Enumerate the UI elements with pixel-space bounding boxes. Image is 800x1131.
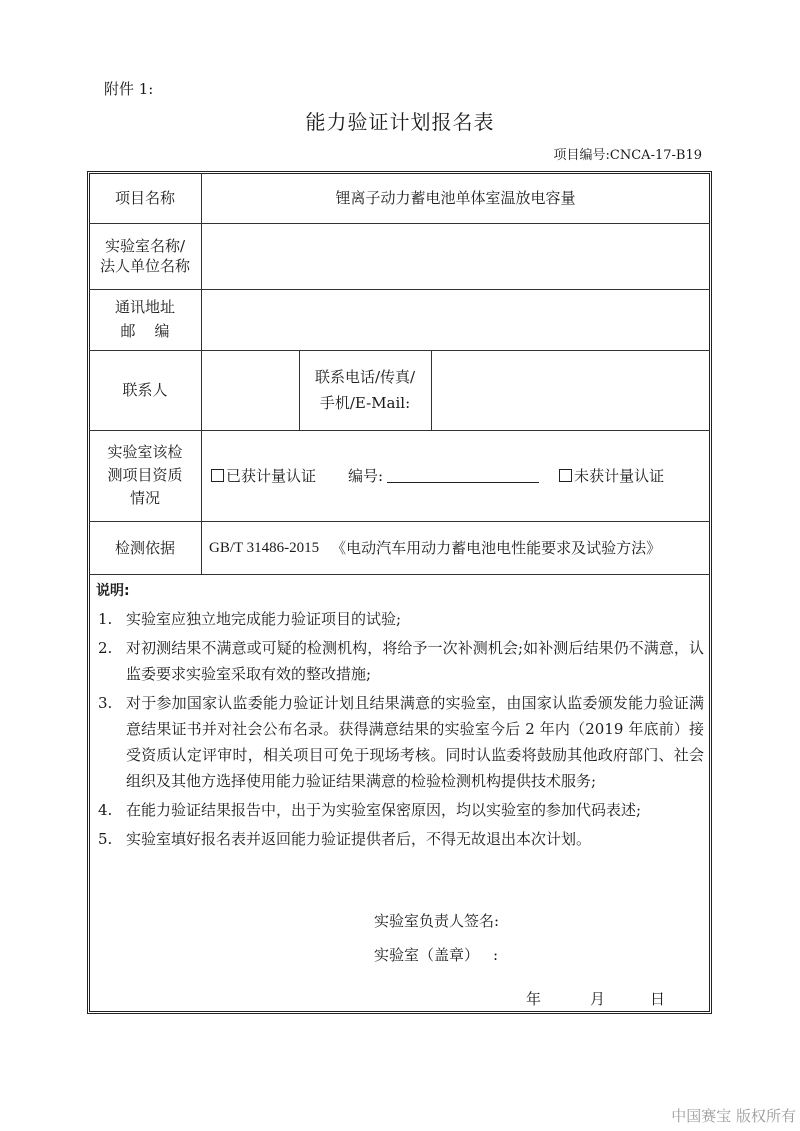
seal-colon: : — [493, 946, 498, 964]
date-year: 年 — [526, 988, 541, 1009]
qualification-options: 已获计量认证 编号: 未获计量认证 — [201, 430, 710, 521]
date-month: 月 — [590, 988, 605, 1009]
certificate-number: 编号: — [348, 464, 539, 488]
address-postcode-field[interactable] — [201, 289, 710, 350]
label-address-postcode: 通讯地址 邮 编 — [89, 289, 201, 350]
label-line: 情况 — [130, 487, 160, 510]
notes-heading: 说明: — [96, 578, 704, 604]
label-line: 实验室名称/ — [105, 236, 185, 256]
not-certified-option[interactable]: 未获计量认证 — [559, 464, 664, 488]
note-number: 1. — [96, 606, 126, 632]
notes-section: 说明: 1. 实验室应独立地完成能力验证项目的试验; 2. 对初测结果不满意或可… — [96, 578, 704, 855]
label-line: 邮 编 — [120, 320, 169, 343]
date-day: 日 — [650, 988, 665, 1009]
note-text: 在能力验证结果报告中，出于为实验室保密原因，均以实验室的参加代码表述; — [126, 797, 704, 823]
label-lab-name: 实验室名称/ 法人单位名称 — [89, 223, 201, 289]
label-line: 联系电话/传真/ — [315, 364, 415, 390]
checkbox-not-certified[interactable] — [559, 469, 572, 482]
project-name-value: 锂离子动力蓄电池单体室温放电容量 — [201, 173, 710, 223]
standard-code: GB/T 31486-2015 — [209, 536, 319, 560]
not-certified-label: 未获计量认证 — [574, 467, 664, 485]
project-number: 项目编号:CNCA-17-B19 — [554, 144, 702, 163]
note-item: 3. 对于参加国家认监委能力验证计划且结果满意的实验室，由国家认监委颁发能力验证… — [96, 690, 704, 794]
test-basis-value: GB/T 31486-2015 《电动汽车用动力蓄电池电性能要求及试验方法》 — [201, 521, 710, 574]
lab-name-field[interactable] — [201, 223, 710, 289]
note-text: 实验室应独立地完成能力验证项目的试验; — [126, 606, 704, 632]
contact-person-field[interactable] — [201, 350, 299, 430]
project-number-value: CNCA-17-B19 — [610, 148, 702, 163]
copyright-watermark: 中国赛宝 版权所有 — [671, 1105, 796, 1126]
certified-option[interactable]: 已获计量认证 — [211, 464, 316, 488]
row-divider — [89, 574, 710, 575]
note-item: 1. 实验室应独立地完成能力验证项目的试验; — [96, 606, 704, 632]
note-item: 2. 对初测结果不满意或可疑的检测机构，将给予一次补测机会;如补测后结果仍不满意… — [96, 635, 704, 687]
number-label: 编号: — [348, 467, 383, 485]
certificate-number-field[interactable] — [387, 468, 539, 483]
seal-label: 实验室（盖章） — [374, 946, 479, 964]
project-number-label: 项目编号: — [554, 148, 610, 163]
note-number: 5. — [96, 826, 126, 852]
label-line: 通讯地址 — [115, 296, 175, 319]
label-line: 法人单位名称 — [100, 256, 190, 276]
note-text: 实验室填好报名表并返回能力验证提供者后，不得无故退出本次计划。 — [126, 826, 704, 852]
note-number: 3. — [96, 690, 126, 794]
checkbox-certified[interactable] — [211, 469, 224, 482]
label-project-name: 项目名称 — [89, 173, 201, 223]
attachment-label: 附件 1: — [104, 78, 153, 99]
label-line: 手机/E-Mail: — [320, 390, 410, 416]
page-title: 能力验证计划报名表 — [0, 106, 800, 135]
contact-phone-field[interactable] — [431, 350, 710, 430]
label-qualification: 实验室该检 测项目资质 情况 — [89, 430, 201, 521]
note-item: 5. 实验室填好报名表并返回能力验证提供者后，不得无故退出本次计划。 — [96, 826, 704, 852]
label-line: 测项目资质 — [107, 464, 182, 487]
note-number: 4. — [96, 797, 126, 823]
certified-label: 已获计量认证 — [226, 467, 316, 485]
note-item: 4. 在能力验证结果报告中，出于为实验室保密原因，均以实验室的参加代码表述; — [96, 797, 704, 823]
label-test-basis: 检测依据 — [89, 521, 201, 574]
note-number: 2. — [96, 635, 126, 687]
director-signature-label: 实验室负责人签名: — [374, 910, 499, 931]
note-text: 对初测结果不满意或可疑的检测机构，将给予一次补测机会;如补测后结果仍不满意，认监… — [126, 635, 704, 687]
label-contact-person: 联系人 — [89, 350, 201, 430]
note-text: 对于参加国家认监委能力验证计划且结果满意的实验室，由国家认监委颁发能力验证满意结… — [126, 690, 704, 794]
label-line: 实验室该检 — [107, 441, 182, 464]
standard-name: 《电动汽车用动力蓄电池电性能要求及试验方法》 — [331, 536, 661, 560]
lab-seal-label: 实验室（盖章）: — [374, 944, 498, 965]
label-contact-phone: 联系电话/传真/ 手机/E-Mail: — [299, 350, 431, 430]
